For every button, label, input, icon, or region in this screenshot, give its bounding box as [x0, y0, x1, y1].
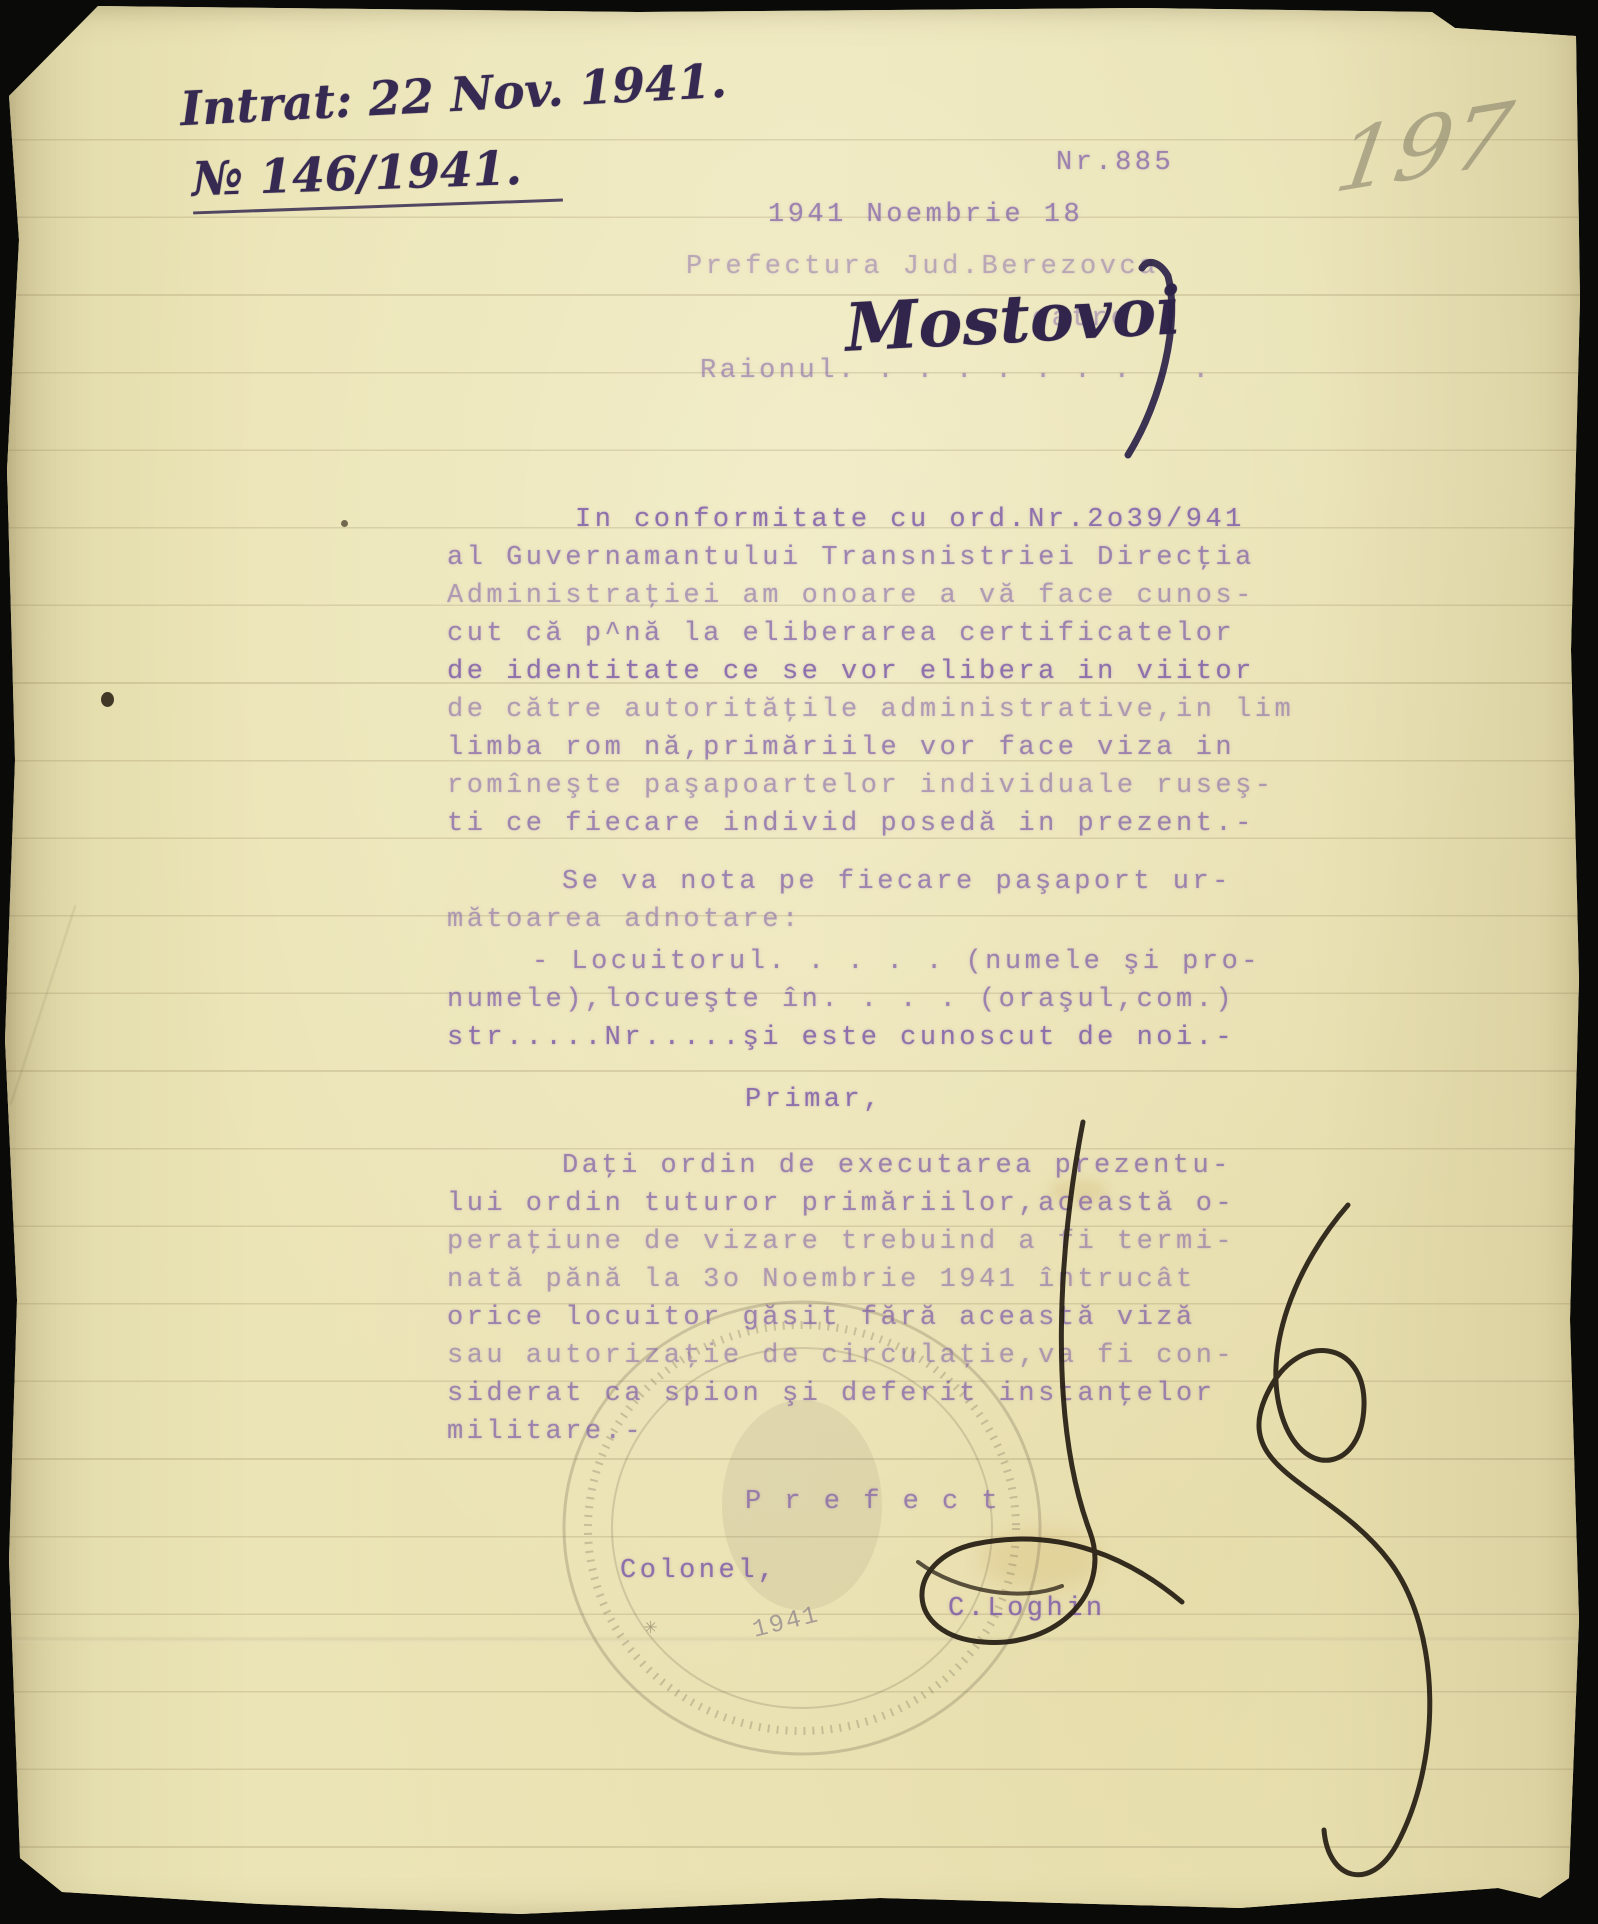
body-line: militare.-: [447, 1417, 1327, 1455]
entry-note-line2: № 146/1941.: [191, 140, 563, 215]
stamp-star-icon: ✳: [644, 1614, 657, 1640]
annotation-line: str.....Nr.....şi este cunoscut de noi.-: [447, 1023, 1327, 1061]
letter-body: In conformitate cu ord.Nr.2o39/941 al Gu…: [447, 505, 1327, 1455]
colonel-label: Colonel,: [620, 1556, 778, 1586]
body-line: In conformitate cu ord.Nr.2o39/941: [447, 505, 1327, 543]
body-line: de identitate ce se vor elibera in viito…: [447, 657, 1327, 695]
body-line: limba rom nă,primăriile vor face viza in: [447, 733, 1327, 771]
body-line: peraţiune de vizare trebuind a fi termi-: [447, 1227, 1327, 1265]
annotation-line: - Locuitorul. . . . . (numele şi pro-: [447, 947, 1327, 985]
body-line: mătoarea adnotare:: [447, 905, 1327, 943]
body-line: Administraţiei am onoare a vă face cunos…: [447, 581, 1327, 619]
document-number: Nr.885: [1056, 148, 1174, 178]
body-line: ti ce fiecare individ posedă in prezent.…: [447, 809, 1327, 847]
letter-paper: 1941 ✳ Intrat: 22 Nov. 1941. № 146/1941.…: [0, 0, 1598, 1924]
age-spot: [341, 520, 348, 527]
body-line: cut că p^nă la eliberarea certificatelor: [447, 619, 1327, 657]
body-line: siderat ca spion şi deferit instanţelor: [447, 1379, 1327, 1417]
body-line: Daţi ordin de executarea prezentu-: [447, 1151, 1327, 1189]
annotation-line: numele),locueşte în. . . . (oraşul,com.): [447, 985, 1327, 1023]
body-line: sau autorizaţie de circulaţie,va fi con-: [447, 1341, 1327, 1379]
body-line: romîneşte paşapoartelor individuale ruse…: [447, 771, 1327, 809]
stain: [980, 1530, 1100, 1590]
prefect-label: P r e f e c t: [745, 1487, 1001, 1517]
document-photo: 1941 ✳ Intrat: 22 Nov. 1941. № 146/1941.…: [0, 0, 1598, 1924]
age-spot: [101, 692, 114, 707]
body-line: nată pănă la 3o Noembrie 1941 întrucât: [447, 1265, 1327, 1303]
paper-scratch: [10, 905, 77, 1105]
body-line: Se va nota pe fiecare paşaport ur-: [447, 867, 1327, 905]
fold-crease: [10, 1638, 1586, 1642]
body-line: al Guvernamantului Transnistriei Direcţi…: [447, 543, 1327, 581]
document-date: 1941 Noembrie 18: [768, 200, 1083, 230]
typed-signature-name: C.Loghin: [948, 1594, 1106, 1624]
entry-note-line1: Intrat: 22 Nov. 1941.: [179, 54, 728, 138]
recipient-handwritten-name: Mostovoi: [843, 271, 1183, 366]
body-line: de către autorităţile administrative,in …: [447, 695, 1327, 733]
primar-label: Primar,: [447, 1085, 1327, 1123]
body-line: orice locuitor găsit fără această viză: [447, 1303, 1327, 1341]
body-line: lui ordin tuturor primăriilor,această o-: [447, 1189, 1327, 1227]
pencil-folio-number: 197: [1329, 82, 1519, 213]
